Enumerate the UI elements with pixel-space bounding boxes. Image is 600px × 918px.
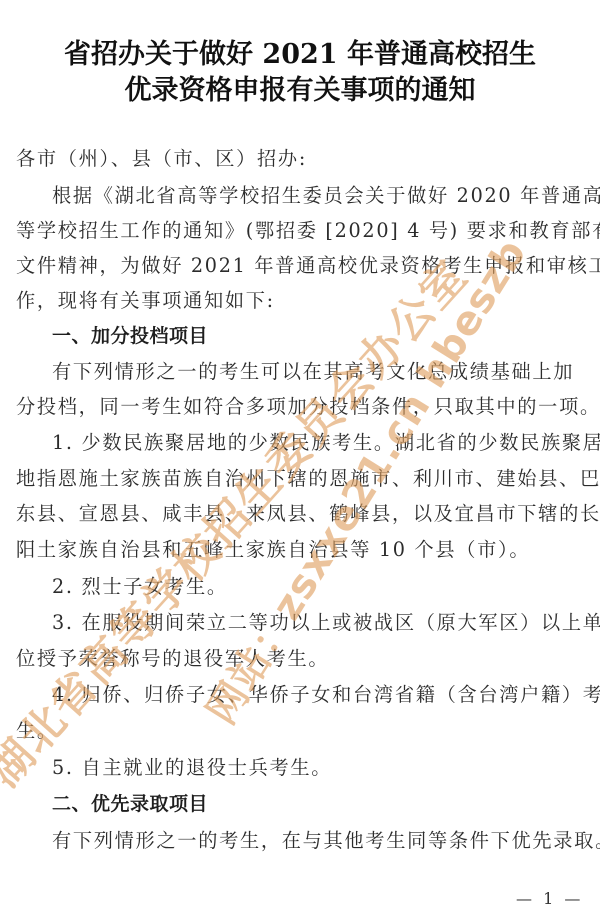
list-item-line: 地指恩施土家族苗族自治州下辖的恩施市、利川市、建始县、巴 [16, 466, 586, 492]
list-item-line: 位授予荣誉称号的退役军人考生。 [16, 646, 586, 672]
list-item-line: 东县、宣恩县、咸丰县、来凤县、鹤峰县，以及宜昌市下辖的长 [16, 501, 586, 527]
list-item-line: 2. 烈士子女考生。 [52, 574, 600, 600]
list-item-line: 阳土家族自治县和五峰土家族自治县等 10 个县（市）。 [16, 537, 586, 563]
section1-intro-line: 有下列情形之一的考生可以在其高考文化总成绩基础上加 [52, 359, 600, 385]
document-title-line-1: 省招办关于做好 2021 年普通高校招生 [0, 38, 600, 72]
list-item-line: 3. 在服役期间荣立二等功以上或被战区（原大军区）以上单 [52, 610, 600, 636]
section1-intro-line: 分投档，同一考生如符合多项加分投档条件，只取其中的一项。 [16, 394, 586, 420]
document-title-line-2: 优录资格申报有关事项的通知 [0, 74, 600, 108]
document-page: 省招办关于做好 2021 年普通高校招生 优录资格申报有关事项的通知 各市（州）… [0, 0, 600, 918]
section-heading-bonus-points: 一、加分投档项目 [52, 323, 600, 349]
body-line: 根据《湖北省高等学校招生委员会关于做好 2020 年普通高 [52, 183, 600, 209]
body-line: 等学校招生工作的通知》(鄂招委 [2020] 4 号) 要求和教育部有关 [16, 218, 586, 244]
section-heading-priority-admission: 二、优先录取项目 [52, 791, 600, 817]
list-item-line: 1. 少数民族聚居地的少数民族考生。湖北省的少数民族聚居 [52, 430, 600, 456]
section2-intro-line: 有下列情形之一的考生，在与其他考生同等条件下优先录取。 [52, 828, 600, 854]
body-line: 文件精神，为做好 2021 年普通高校优录资格考生申报和审核工 [16, 253, 586, 279]
list-item-line: 生。 [16, 718, 586, 744]
list-item-line: 5. 自主就业的退役士兵考生。 [52, 755, 600, 781]
page-number: — 1 — [516, 889, 583, 908]
body-line: 作，现将有关事项通知如下: [16, 288, 586, 314]
salutation: 各市（州）、县（市、区）招办: [16, 146, 586, 172]
list-item-line: 4. 归侨、归侨子女、华侨子女和台湾省籍（含台湾户籍）考 [52, 682, 600, 708]
